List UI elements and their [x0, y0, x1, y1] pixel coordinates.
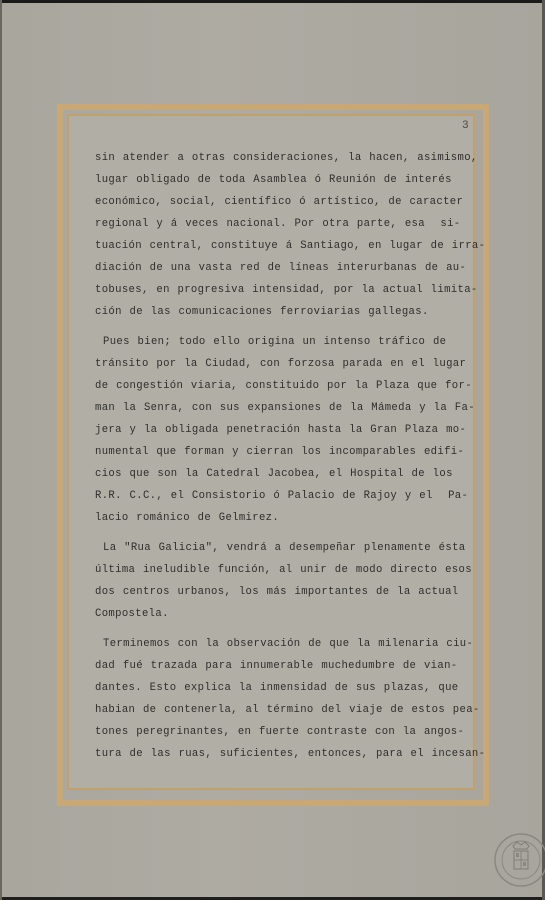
page-number: 3	[462, 120, 469, 132]
text-line: última ineludible función, al unir de mo…	[95, 559, 475, 581]
paragraph-gap	[95, 529, 475, 537]
text-line: tobuses, en progresiva intensidad, por l…	[95, 279, 475, 301]
text-line: tones peregrinantes, en fuerte contraste…	[95, 721, 475, 743]
text-line: sin atender a otras consideraciones, la …	[95, 147, 475, 169]
text-line: man la Senra, con sus expansiones de la …	[95, 397, 475, 419]
text-line: dos centros urbanos, los más importantes…	[95, 581, 475, 603]
text-line: diación de una vasta red de líneas inter…	[95, 257, 475, 279]
text-line: La "Rua Galicia", vendrá a desempeñar pl…	[95, 537, 475, 559]
text-line: dantes. Esto explica la inmensidad de su…	[95, 677, 475, 699]
typewritten-text: sin atender a otras consideraciones, la …	[95, 147, 475, 765]
text-line: regional y á veces nacional. Por otra pa…	[95, 213, 475, 235]
text-line: jera y la obligada penetración hasta la …	[95, 419, 475, 441]
text-line: tura de las ruas, suficientes, entonces,…	[95, 743, 475, 765]
text-line: numental que forman y cierran los incomp…	[95, 441, 475, 463]
paragraph-gap	[95, 625, 475, 633]
text-line: R.R. C.C., el Consistorio ó Palacio de R…	[95, 485, 475, 507]
text-line: cios que son la Catedral Jacobea, el Hos…	[95, 463, 475, 485]
text-line: dad fué trazada para innumerable muchedu…	[95, 655, 475, 677]
university-seal-icon	[491, 828, 545, 888]
text-line: Terminemos con la observación de que la …	[95, 633, 475, 655]
text-line: ción de las comunicaciones ferroviarias …	[95, 301, 475, 323]
text-line: tuación central, constituye á Santiago, …	[95, 235, 475, 257]
text-line: económico, social, científico ó artístic…	[95, 191, 475, 213]
paragraph-gap	[95, 323, 475, 331]
text-line: lacio románico de Gelmirez.	[95, 507, 475, 529]
text-line: Pues bien; todo ello origina un intenso …	[95, 331, 475, 353]
scan-edge-top	[0, 0, 545, 3]
text-line: lugar obligado de toda Asamblea ó Reunió…	[95, 169, 475, 191]
text-line: tránsito por la Ciudad, con forzosa para…	[95, 353, 475, 375]
text-line: habian de contenerla, al término del via…	[95, 699, 475, 721]
text-line: Compostela.	[95, 603, 475, 625]
scan-edge-left	[0, 0, 2, 900]
text-line: de congestión viaria, constituido por la…	[95, 375, 475, 397]
